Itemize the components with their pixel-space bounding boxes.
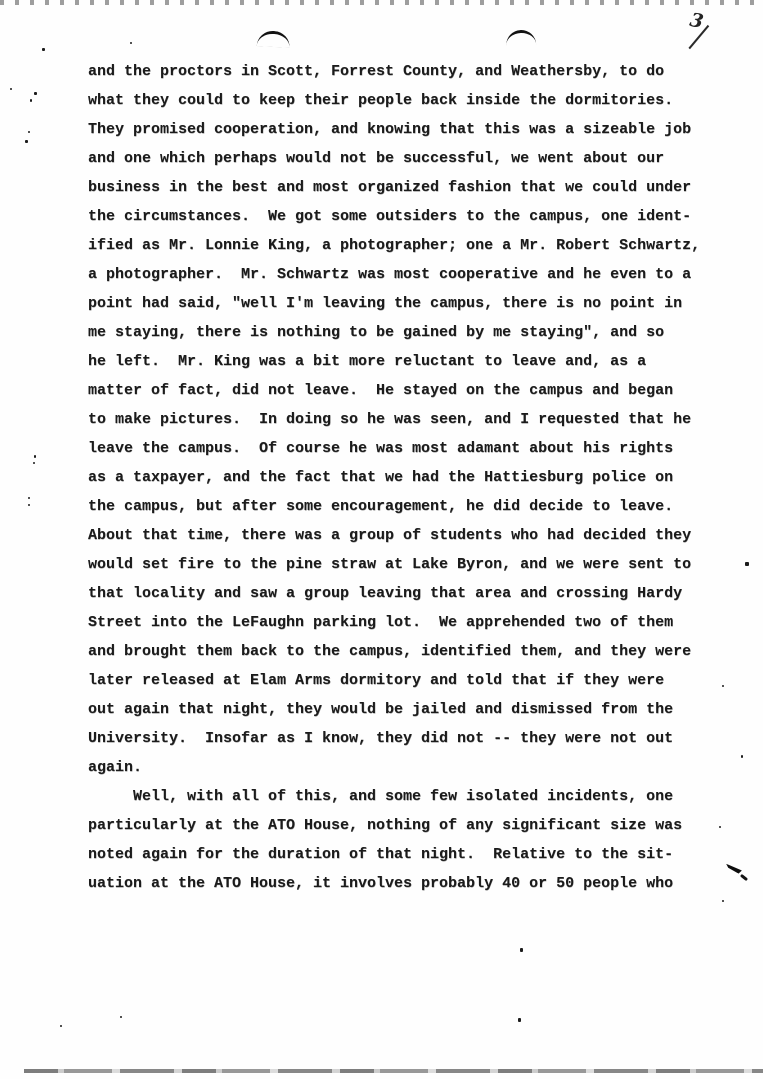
scan-speck <box>34 92 37 95</box>
text-line: later released at Elam Arms dormitory an… <box>88 666 728 695</box>
text-line: again. <box>88 753 728 782</box>
text-line: matter of fact, did not leave. He stayed… <box>88 376 728 405</box>
scan-speck <box>33 462 35 464</box>
scan-speck <box>722 900 724 902</box>
text-line: noted again for the duration of that nig… <box>88 840 728 869</box>
text-line: ified as Mr. Lonnie King, a photographer… <box>88 231 728 260</box>
text-line: particularly at the ATO House, nothing o… <box>88 811 728 840</box>
text-line: what they could to keep their people bac… <box>88 86 728 115</box>
text-line: point had said, "well I'm leaving the ca… <box>88 289 728 318</box>
text-line: me staying, there is nothing to be gaine… <box>88 318 728 347</box>
arc-mark-right <box>506 29 537 46</box>
scan-speck <box>722 685 724 687</box>
arc-mark-left <box>257 30 291 48</box>
scan-speck <box>28 497 30 499</box>
text-line: Street into the LeFaughn parking lot. We… <box>88 608 728 637</box>
text-line: University. Insofar as I know, they did … <box>88 724 728 753</box>
text-line: About that time, there was a group of st… <box>88 521 728 550</box>
scan-speck <box>10 88 12 90</box>
document-lines: and the proctors in Scott, Forrest Count… <box>88 57 728 898</box>
text-line: as a taxpayer, and the fact that we had … <box>88 463 728 492</box>
scan-speck <box>518 1018 521 1022</box>
text-line: leave the campus. Of course he was most … <box>88 434 728 463</box>
text-line: a photographer. Mr. Schwartz was most co… <box>88 260 728 289</box>
text-line: business in the best and most organized … <box>88 173 728 202</box>
scanned-page: 3 and the proctors in Scott, Forrest Cou… <box>0 0 763 1079</box>
margin-squiggle-mark <box>725 864 751 886</box>
text-line: he left. Mr. King was a bit more relucta… <box>88 347 728 376</box>
text-line: the circumstances. We got some outsiders… <box>88 202 728 231</box>
text-line: to make pictures. In doing so he was see… <box>88 405 728 434</box>
scan-speck <box>719 826 721 828</box>
text-line: the campus, but after some encouragement… <box>88 492 728 521</box>
page-number: 3 <box>690 10 730 55</box>
scan-speck <box>120 1016 122 1018</box>
scan-speck <box>42 48 45 51</box>
scan-speck <box>60 1025 62 1027</box>
text-line: uation at the ATO House, it involves pro… <box>88 869 728 898</box>
scan-speck <box>28 504 30 506</box>
squiggle-tail <box>740 874 748 881</box>
text-line: would set fire to the pine straw at Lake… <box>88 550 728 579</box>
scan-speck <box>34 455 36 458</box>
scan-speck <box>520 948 523 952</box>
scan-speck <box>130 42 132 44</box>
squiggle-flag <box>725 864 743 874</box>
text-line: that locality and saw a group leaving th… <box>88 579 728 608</box>
scan-speck <box>745 562 749 566</box>
text-line: and brought them back to the campus, ide… <box>88 637 728 666</box>
text-line: and the proctors in Scott, Forrest Count… <box>88 57 728 86</box>
text-line: and one which perhaps would not be succe… <box>88 144 728 173</box>
scan-speck <box>30 99 32 102</box>
scan-speck <box>741 755 743 758</box>
text-line: They promised cooperation, and knowing t… <box>88 115 728 144</box>
scan-speck <box>28 131 30 133</box>
text-line: Well, with all of this, and some few iso… <box>88 782 728 811</box>
scan-edge-bottom <box>24 1069 763 1073</box>
text-line: out again that night, they would be jail… <box>88 695 728 724</box>
scan-speck <box>25 140 28 143</box>
scan-edge-top <box>0 0 763 5</box>
